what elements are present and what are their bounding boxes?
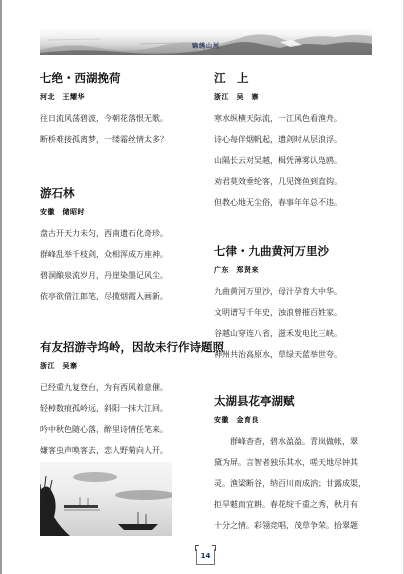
poem-line: 碧洞酿泉流岁月，丹崖染墨记风尘。 xyxy=(40,265,168,286)
poem-you-shilin: 游石林 安徽 储昭时 盘古开天力未匀，西南遗石化奇珍。 群峰乱举千枝剑，众相浑成… xyxy=(40,185,168,307)
poem-author: 浙江 吴 寨 xyxy=(214,92,342,102)
poem-body: 九曲黄河万里沙，母汁孕育大中华。 文明谱写千年史，浊浪曾摧百姓家。 谷越山穿连八… xyxy=(214,281,342,365)
poem-title: 太湖县花亭湖赋 xyxy=(214,393,366,409)
poem-line: 盘古开天力未匀，西南遗石化奇珍。 xyxy=(40,223,168,244)
poem-title: 游石林 xyxy=(40,185,168,201)
page-number: 14 xyxy=(196,549,215,565)
prose-line: 灵。渔梁断谷，纳百川而成汭；甘露成渠， xyxy=(214,473,366,494)
poem-line: 嫌客虫声唤客去，恋人野菊向人开。 xyxy=(40,440,224,461)
poem-line: 文明谱写千年史，浊浪曾摧百姓家。 xyxy=(214,302,342,323)
poem-line: 轻棹数痕孤岭远，斜阳一抹大江回。 xyxy=(40,398,224,419)
poem-line: 往日流风荡碧波，今朝花落恨无歌。 xyxy=(40,108,168,129)
poem-line: 吟中秋色随心落，醉里诗情任笔来。 xyxy=(40,419,224,440)
poem-body: 盘古开天力未匀，西南遗石化奇珍。 群峰乱举千枝剑，众相浑成万座神。 碧洞酿泉流岁… xyxy=(40,223,168,307)
poem-line: 寒水纵横天际流，一江风色看渔舟。 xyxy=(214,108,342,129)
poem-author: 河北 王耀华 xyxy=(40,92,168,102)
prose-line: 黛为屏。言智者独乐其水，嗟天地尽钟其 xyxy=(214,452,366,473)
poem-body: 已经重九复登台，为有西风着意催。 轻棹数痕孤岭远，斜阳一抹大江回。 吟中秋色随心… xyxy=(40,377,224,461)
poem-line: 依亭欲借江郎笔，尽揽烟霞入画新。 xyxy=(40,286,168,307)
prose-line: 群峰杳杳，碧水盈盈。青岚做帐，翠 xyxy=(214,431,366,452)
fu-huatinghu: 太湖县花亭湖赋 安徽 金育良 群峰杳杳，碧水盈盈。青岚做帐，翠 黛为屏。言智者独… xyxy=(214,393,366,536)
prose-line: 拒旱魃而宜耕。春花绽千重之秀，秋月有 xyxy=(214,494,366,515)
banner-title: 锦绣山河 xyxy=(192,41,220,50)
poem-author: 安徽 储昭时 xyxy=(40,207,168,217)
poem-body: 往日流风荡碧波，今朝花落恨无歌。 断桥难接孤离梦，一缕霜丝情太多？ xyxy=(40,108,168,150)
poem-line: 但教心地无尘俗，春事年年总不违。 xyxy=(214,192,342,213)
poem-huanghe: 七律・九曲黄河万里沙 广东 郑贤来 九曲黄河万里沙，母汁孕育大中华。 文明谱写千… xyxy=(214,243,342,365)
poem-title: 有友招游寺坞岭，因故未行作诗题照 xyxy=(40,339,224,355)
page-left-edge xyxy=(0,0,2,574)
poem-author: 浙江 吴寨 xyxy=(40,361,224,371)
prose-line: 十分之情。彩翎竞唱，茂草争荣。拾翠题 xyxy=(214,515,366,536)
poem-body: 寒水纵横天际流，一江风色看渔舟。 诗心每伴烟帆起，遗剑时从层浪浮。 山隔长云对吴… xyxy=(214,108,342,213)
poem-title: 江 上 xyxy=(214,70,342,86)
poem-title: 七绝・西湖挽荷 xyxy=(40,70,168,86)
header-banner: 锦绣山河 xyxy=(40,28,372,55)
poem-line: 谷越山穿连八省，滋禾发电比三峡。 xyxy=(214,323,342,344)
poem-line: 已经重九复登台，为有西风着意催。 xyxy=(40,377,224,398)
poem-line: 山隔长云对吴越，楫凭薄雾认凫鸥。 xyxy=(214,150,342,171)
poem-author: 广东 郑贤来 xyxy=(214,265,342,275)
prose-body: 群峰杳杳，碧水盈盈。青岚做帐，翠 黛为屏。言智者独乐其水，嗟天地尽钟其 灵。渔梁… xyxy=(214,431,366,536)
poem-xihu-wanhe: 七绝・西湖挽荷 河北 王耀华 往日流风荡碧波，今朝花落恨无歌。 断桥难接孤离梦，… xyxy=(40,70,168,150)
poem-line: 群峰乱举千枝剑，众相浑成万座神。 xyxy=(40,244,168,265)
poem-line: 劝君莫效垂纶客，几见馋鱼到直钩。 xyxy=(214,171,342,192)
poem-jiang-shang: 江 上 浙江 吴 寨 寒水纵横天际流，一江风色看渔舟。 诗心每伴烟帆起，遗剑时从… xyxy=(214,70,342,213)
poem-line: 断桥难接孤离梦，一缕霜丝情太多？ xyxy=(40,129,168,150)
poem-line: 诗心每伴烟帆起，遗剑时从层浪浮。 xyxy=(214,129,342,150)
poem-author: 安徽 金育良 xyxy=(214,415,366,425)
poem-title: 七律・九曲黄河万里沙 xyxy=(214,243,342,259)
poem-siwuling: 有友招游寺坞岭，因故未行作诗题照 浙江 吴寨 已经重九复登台，为有西风着意催。 … xyxy=(40,339,224,461)
poem-line: 神州共治高原水，草绿天蓝举世夸。 xyxy=(214,344,342,365)
ink-landscape-illustration xyxy=(40,462,172,536)
poem-line: 九曲黄河万里沙，母汁孕育大中华。 xyxy=(214,281,342,302)
